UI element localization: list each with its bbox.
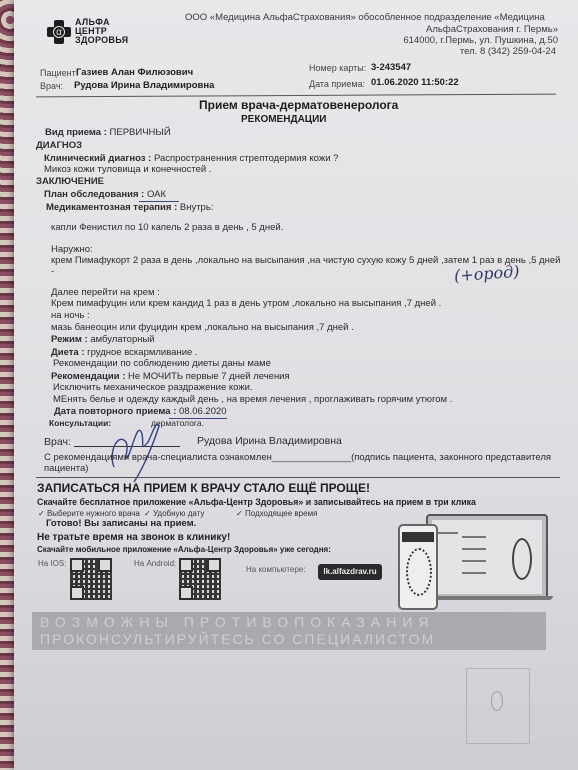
card-label: Номер карты: [309,63,366,73]
promo-download: Скачайте мобильное приложение «Альфа-Цен… [37,545,331,554]
therapy: Медикаментозная терапия : Внутрь: [46,202,213,213]
recommendations-3: МЕнять белье и одежду каждый день , на в… [53,394,452,405]
recommendations: Рекомендации : Не МОЧИТЬ первые 7 дней л… [51,371,290,382]
medical-document-page: α АЛЬФА ЦЕНТР ЗДОРОВЬЯ ООО «Медицина Аль… [14,0,578,770]
contraindications-banner: ВОЗМОЖНЫ ПРОТИВОПОКАЗАНИЯ ПРОКОНСУЛЬТИРУ… [32,612,546,650]
org-line-2: АльфаСтрахования г. Пермь» [426,24,558,35]
clinic-logo: α АЛЬФА ЦЕНТР ЗДОРОВЬЯ [47,18,128,45]
signature-name: Рудова Ирина Владимировна [197,435,342,447]
consult-label: Консультации: [49,418,111,428]
external-label: Наружно: [51,244,93,255]
laptop-icon [426,514,548,600]
acknowledgement-2: пациента) [44,463,88,474]
acknowledgement: С рекомендациями врача-специалиста ознак… [44,452,551,463]
promo-no-call: Не тратьте время на звонок в клинику! [37,532,230,543]
card-number: 3-243547 [371,62,411,73]
website-link-button[interactable]: lk.alfazdrav.ru [318,564,382,580]
org-phone: тел. 8 (342) 259-04-24 [460,46,556,57]
phone-icon [398,524,438,610]
alpha-cross-logo-icon: α [47,20,71,44]
android-label: На Android: [134,559,176,568]
document-title: Прием врача-дерматовенеролога [199,98,398,112]
ios-label: На IOS: [38,559,66,568]
app-devices-illustration [398,514,553,612]
then-medication: Крем пимафуцин или крем кандид 1 раз в д… [51,298,441,309]
conclusion-heading: ЗАКЛЮЧЕНИЕ [36,176,104,187]
logo-text: АЛЬФА ЦЕНТР ЗДОРОВЬЯ [75,18,128,45]
computer-label: На компьютере: [246,565,305,574]
diagnosis-heading: ДИАГНОЗ [36,140,82,151]
check-time: ✓ Подходящее время [236,509,317,518]
clinical-diagnosis-2: Микоз кожи туловища и конечностей . [44,164,211,175]
promo-heading: ЗАПИСАТЬСЯ НА ПРИЕМ К ВРАЧУ СТАЛО ЕЩЁ ПР… [37,481,370,495]
org-line-1: ООО «Медицина АльфаСтрахования» обособле… [185,12,545,23]
check-doctor: ✓ Выберите нужного врача [38,509,140,518]
doctor-name: Рудова Ирина Владимировна [74,80,214,91]
patient-label: Пациент: [40,68,78,78]
check-date: ✓ Удобную дату [144,509,204,518]
patient-name: Газиев Алан Филюзович [76,67,193,78]
external-dash: - [51,266,54,277]
ios-qr-code[interactable] [70,558,112,600]
promo-done: Готово! Вы записаны на прием. [46,518,196,529]
document-divider [36,477,560,478]
diet-note: Рекомендации по соблюдению диеты даны ма… [53,358,271,369]
oral-medication: капли Фенистил по 10 капель 2 раза в ден… [51,222,283,233]
org-address: 614000, г.Пермь, ул. Пушкина, д.50 [403,35,558,46]
recommendations-2: Исключить механическое раздражение кожи. [53,382,253,393]
visit-type: Вид приема : ПЕРВИЧНЫЙ [45,127,171,138]
doctor-signature [104,412,164,487]
regime: Режим : амбулаторный [51,334,155,345]
header-divider [36,94,556,98]
handwritten-note: (+ород) [453,262,520,286]
diet: Диета : грудное вскармливание . [51,347,198,358]
document-subtitle: РЕКОМЕНДАЦИИ [241,114,326,125]
visit-date: 01.06.2020 11:50:22 [371,77,459,88]
promo-subheading: Скачайте бесплатное приложение «Альфа-Це… [37,497,476,507]
then-label: Далее перейти на крем : [51,287,160,298]
exam-plan: План обследования : ОАК [44,189,166,200]
night-medication: мазь банеоцин или фуцидин крем ,локально… [51,322,354,333]
date-label: Дата приема: [309,79,365,89]
clinical-diagnosis: Клинический диагноз : Распространенния с… [44,153,338,164]
doctor-label: Врач: [40,81,63,91]
night-label: на ночь : [51,310,90,321]
android-qr-code[interactable] [179,558,221,600]
faded-stamp [466,668,530,744]
signature-label: Врач: [44,436,71,448]
